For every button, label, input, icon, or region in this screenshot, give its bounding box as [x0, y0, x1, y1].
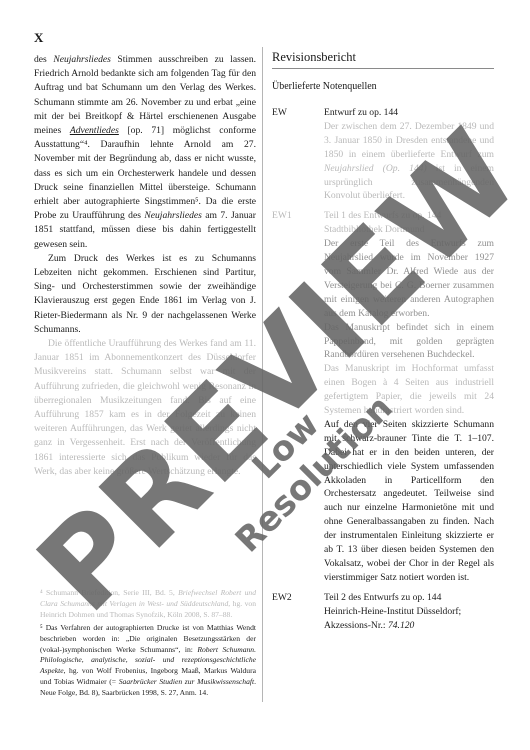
page-number: X	[34, 30, 43, 46]
source-ew2: EW2 Teil 2 des Entwurfs zu op. 144 Heinr…	[272, 591, 494, 633]
source-title: Entwurf zu op. 144	[324, 106, 494, 120]
source-provenance: Der erste Teil des Entwurfs zum Neujahrs…	[324, 237, 494, 320]
source-content: Auf den vier Seiten skizzierte Schumann …	[324, 418, 494, 585]
left-column: des Neujahrsliedes Stimmen ausschreiben …	[34, 53, 256, 479]
source-siglum: EW2	[272, 591, 324, 633]
source-siglum: EW	[272, 106, 324, 203]
footnote-5: ⁵ Das Verfahren der autographierten Druc…	[40, 623, 256, 699]
section-title: Revisionsbericht	[272, 50, 494, 69]
source-format: Das Manuskript im Hochformat umfasst ein…	[324, 362, 494, 418]
source-description: Der zwischen dem 27. Dezember 1849 und 3…	[324, 120, 494, 203]
paragraph-3: Die öffentliche Uraufführung des Werkes …	[34, 337, 256, 479]
right-column: Revisionsbericht Überlieferte Notenquell…	[272, 50, 494, 639]
accession-number: 74.120	[388, 620, 414, 631]
source-ew: EW Entwurf zu op. 144 Der zwischen dem 2…	[272, 106, 494, 203]
source-title: Teil 1 des Entwurfs zu op. 144	[324, 209, 494, 223]
accession-label: Akzessions-Nr.:	[324, 620, 388, 631]
source-siglum: EW1	[272, 209, 324, 584]
source-ew1: EW1 Teil 1 des Entwurfs zu op. 144 Stadt…	[272, 209, 494, 584]
source-binding: Das Manuskript befindet sich in einem Pa…	[324, 321, 494, 363]
footnotes: ⁴ Schumann Briefedition, Serie III, Bd. …	[40, 588, 256, 701]
source-accession: Akzessions-Nr.: 74.120	[324, 619, 494, 633]
column-divider	[262, 47, 263, 702]
footnote-4: ⁴ Schumann Briefedition, Serie III, Bd. …	[40, 588, 256, 621]
paragraph-2: Zum Druck des Werkes ist es zu Schumanns…	[34, 252, 256, 337]
source-subtitle: Stadtbibliothek Dortmund	[324, 223, 494, 237]
subsection-title: Überlieferte Notenquellen	[272, 81, 494, 92]
source-location: Heinrich-Heine-Institut Düsseldorf;	[324, 605, 494, 619]
source-title: Teil 2 des Entwurfs zu op. 144	[324, 591, 494, 605]
paragraph-1: des Neujahrsliedes Stimmen ausschreiben …	[34, 53, 256, 252]
